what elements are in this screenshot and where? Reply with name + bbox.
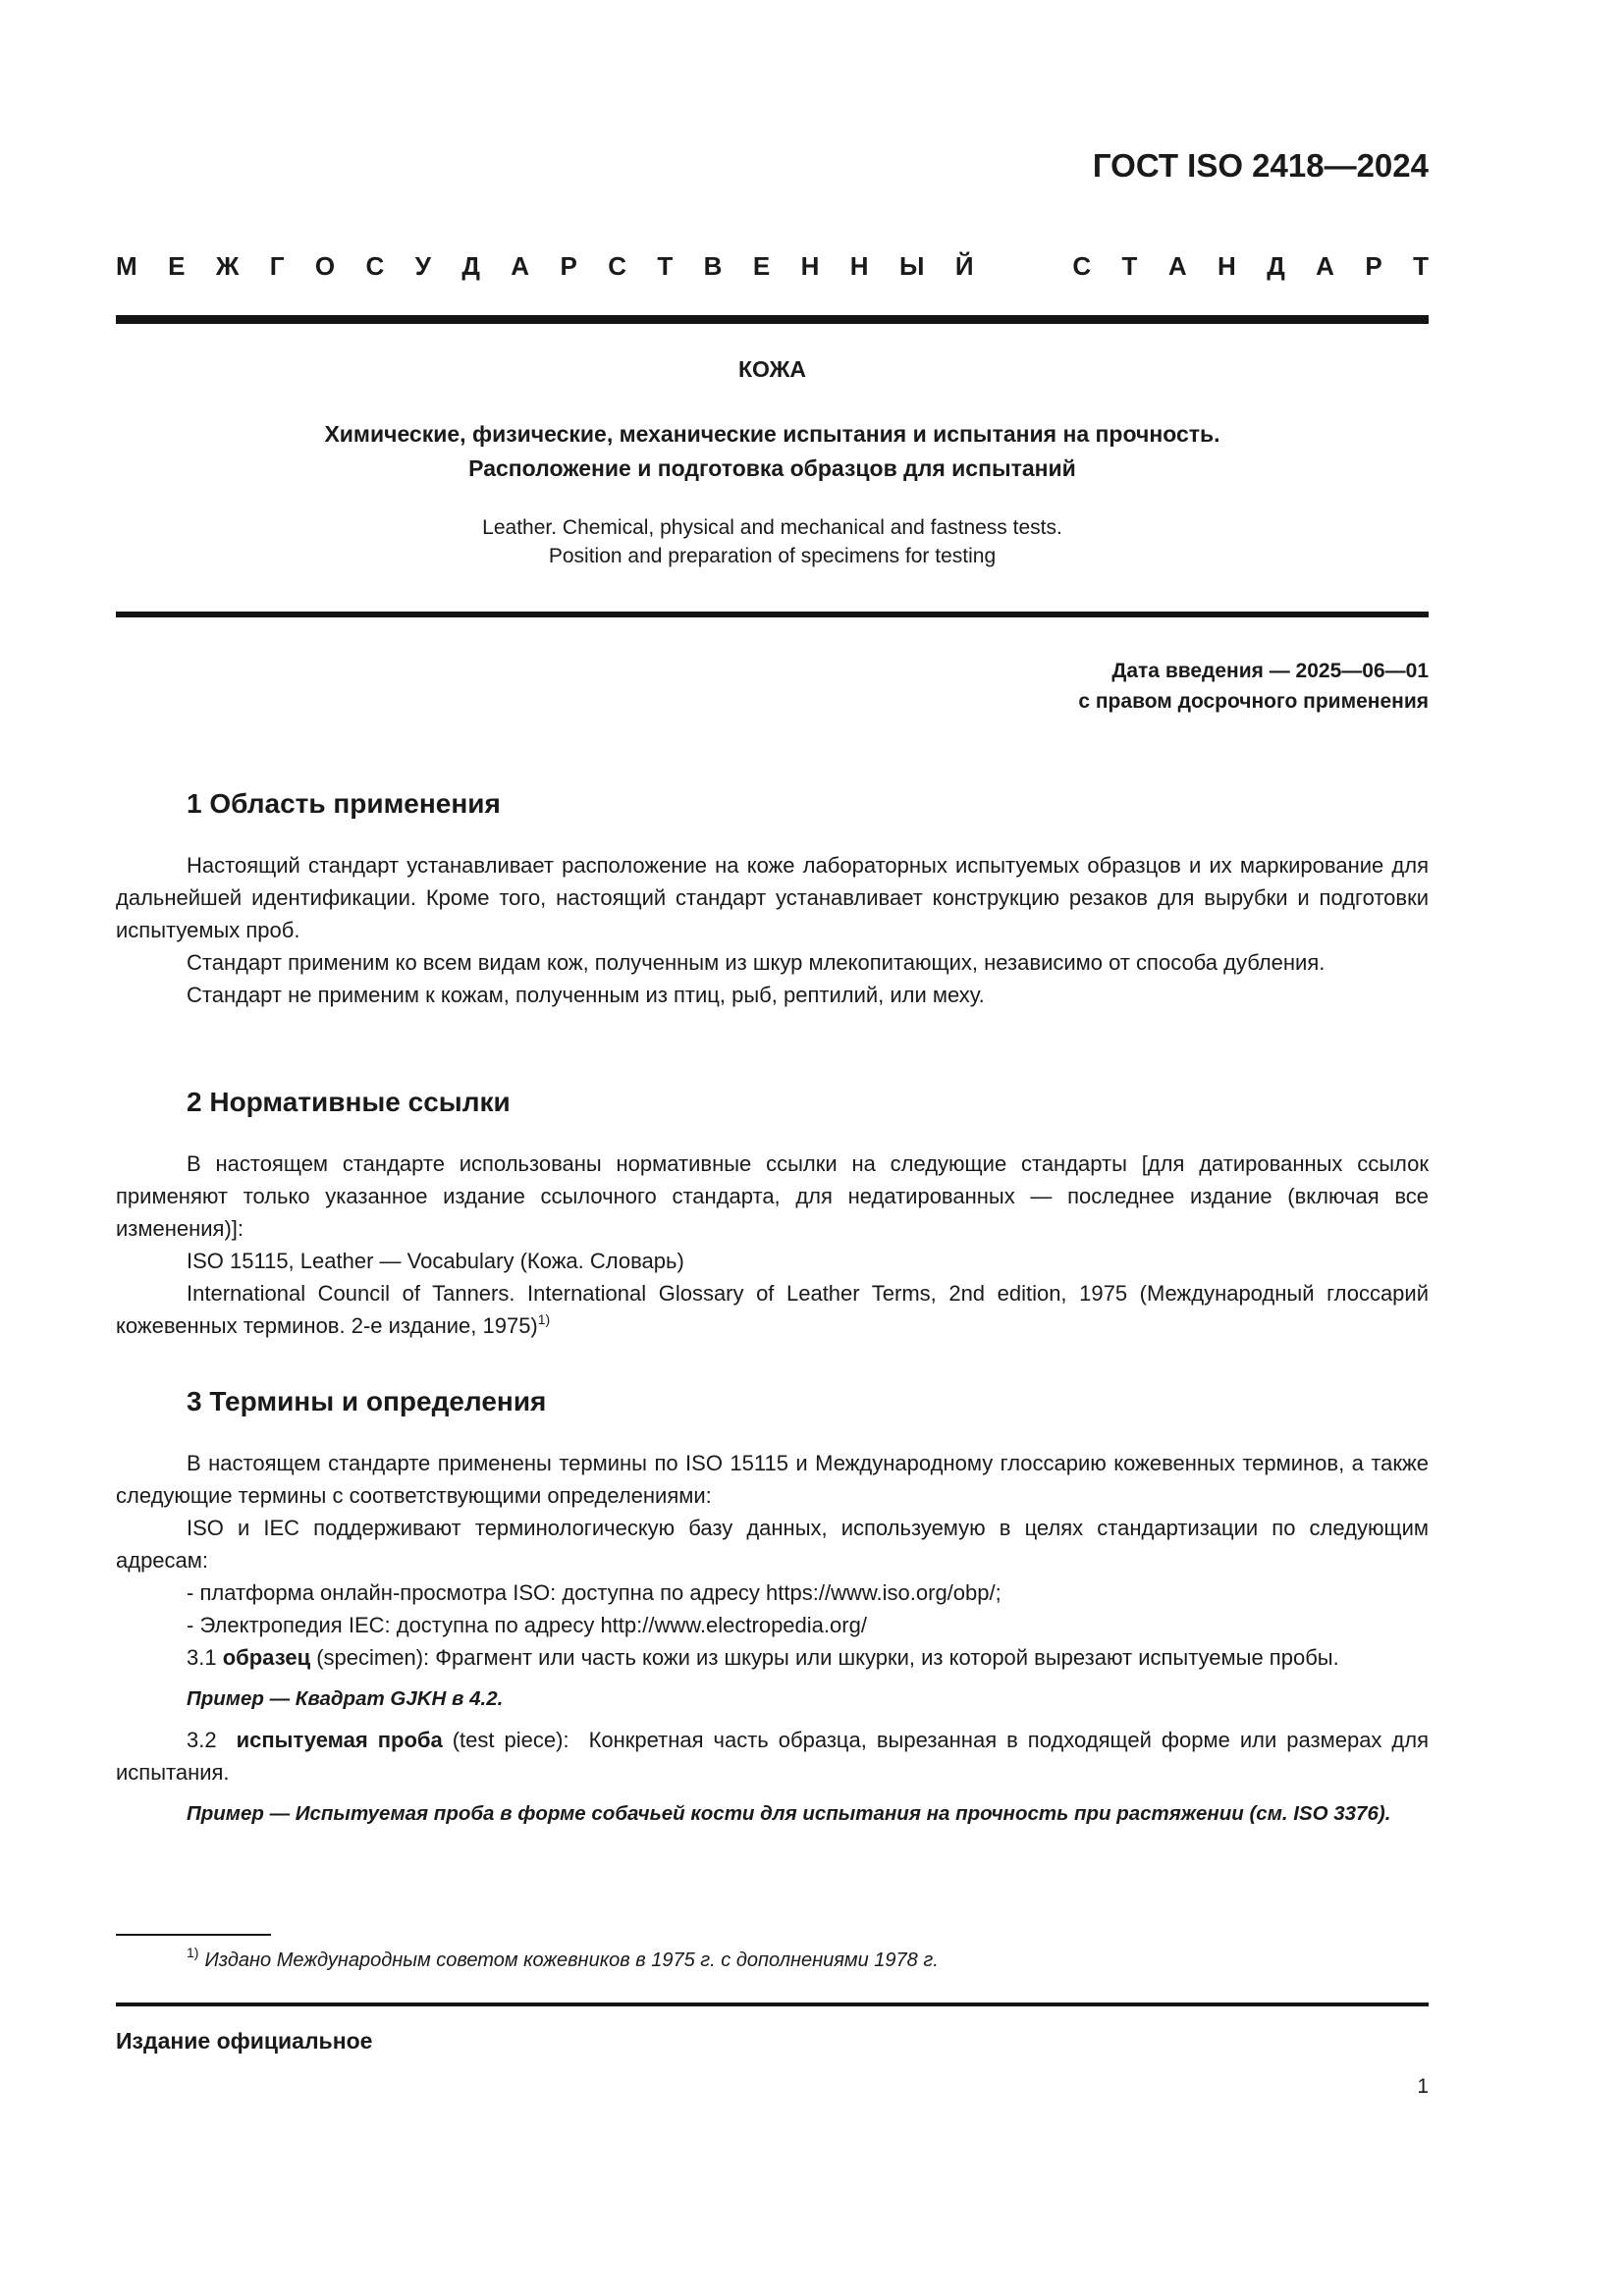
paragraph: Стандарт не применим к кожам, полученным… — [116, 979, 1429, 1011]
section-normative-references: 2 Нормативные ссылки В настоящем стандар… — [116, 1086, 1429, 1342]
introduction-date-block: Дата введения — 2025—06—01 с правом доср… — [1078, 656, 1429, 717]
heading-letter: Р — [560, 251, 576, 281]
heading-letter: Е — [753, 251, 770, 281]
russian-title-line-2: Расположение и подготовка образцов для и… — [116, 452, 1429, 486]
heading-letter: А — [511, 251, 529, 281]
bottom-rule — [116, 2002, 1429, 2006]
heading-letter: Т — [1122, 251, 1138, 281]
heading-letter: Й — [955, 251, 974, 281]
term-english: (specimen): — [316, 1645, 429, 1670]
heading-letter: О — [315, 251, 335, 281]
standard-type-heading: МЕЖГОСУДАРСТВЕННЫЙСТАНДАРТ — [116, 251, 1429, 281]
reference-item: ISO 15115, Leather — Vocabulary (Кожа. С… — [116, 1245, 1429, 1277]
term-number: 3.2 — [187, 1728, 217, 1752]
footnote: 1)Издано Международным советом кожевнико… — [187, 1947, 939, 1974]
english-title-line-1: Leather. Chemical, physical and mechanic… — [116, 513, 1429, 542]
paragraph: В настоящем стандарте использованы норма… — [116, 1148, 1429, 1245]
heading-letter: Т — [1413, 251, 1429, 281]
section-scope: 1 Область применения Настоящий стандарт … — [116, 787, 1429, 1011]
heading-letter: Н — [801, 251, 820, 281]
term-name: образец — [223, 1645, 310, 1670]
heading-letter: Н — [850, 251, 869, 281]
paragraph: Стандарт применим ко всем видам кож, пол… — [116, 946, 1429, 979]
paragraph: ISO и IEC поддерживают терминологическую… — [116, 1512, 1429, 1576]
heading-letter: Д — [1267, 251, 1285, 281]
term-example: Пример — Квадрат GJKH в 4.2. — [116, 1683, 1429, 1714]
paragraph: Настоящий стандарт устанавливает располо… — [116, 849, 1429, 946]
english-title-line-2: Position and preparation of specimens fo… — [116, 542, 1429, 570]
heading-letter: Ж — [216, 251, 240, 281]
heading-letter: Р — [1365, 251, 1381, 281]
subject-title: КОЖА — [116, 355, 1429, 383]
heading-letter: В — [704, 251, 723, 281]
term-example: Пример — Испытуемая проба в форме собачь… — [116, 1798, 1429, 1829]
term-name: испытуемая проба — [237, 1728, 443, 1752]
section-heading: 2 Нормативные ссылки — [116, 1086, 1429, 1119]
list-item: - Электропедия IEC: доступна по адресу h… — [116, 1609, 1429, 1641]
english-title: Leather. Chemical, physical and mechanic… — [116, 513, 1429, 570]
top-rule — [116, 315, 1429, 324]
title-rule — [116, 612, 1429, 617]
term-definition: Фрагмент или часть кожи из шкуры или шку… — [435, 1645, 1338, 1670]
paragraph: В настоящем стандарте применены термины … — [116, 1447, 1429, 1512]
heading-letter: С — [366, 251, 385, 281]
heading-letter: Н — [1218, 251, 1236, 281]
page-number: 1 — [1417, 2075, 1429, 2099]
heading-letter: М — [116, 251, 137, 281]
heading-letter: Д — [461, 251, 480, 281]
list-item: - платформа онлайн-просмотра ISO: доступ… — [116, 1576, 1429, 1609]
russian-title-line-1: Химические, физические, механические исп… — [116, 417, 1429, 452]
russian-title: Химические, физические, механические исп… — [116, 417, 1429, 486]
term-number: 3.1 — [187, 1645, 217, 1670]
footnote-separator — [116, 1934, 271, 1936]
footnote-marker: 1) — [187, 1945, 198, 1960]
heading-letter: У — [415, 251, 431, 281]
footnote-text: Издано Международным советом кожевников … — [204, 1949, 938, 1971]
heading-letter: С — [608, 251, 626, 281]
heading-letter: Т — [657, 251, 673, 281]
term-entry: 3.1 образец (specimen): Фрагмент или час… — [116, 1641, 1429, 1674]
section-heading: 3 Термины и определения — [116, 1385, 1429, 1418]
introduction-date: Дата введения — 2025—06—01 — [1078, 656, 1429, 686]
heading-letter: А — [1316, 251, 1334, 281]
term-entry: 3.2 испытуемая проба (test piece): Конкр… — [116, 1724, 1429, 1789]
term-english: (test piece): — [453, 1728, 569, 1752]
section-terms-definitions: 3 Термины и определения В настоящем стан… — [116, 1385, 1429, 1829]
heading-letter: Ы — [899, 251, 924, 281]
section-heading: 1 Область применения — [116, 787, 1429, 821]
heading-letter: А — [1168, 251, 1187, 281]
early-application-note: с правом досрочного применения — [1078, 686, 1429, 717]
document-code: ГОСТ ISO 2418—2024 — [1093, 147, 1429, 185]
heading-letter: Г — [270, 251, 285, 281]
heading-letter: С — [1072, 251, 1091, 281]
heading-letter: Е — [168, 251, 185, 281]
footnote-reference[interactable]: 1) — [538, 1311, 550, 1327]
reference-item: International Council of Tanners. Intern… — [116, 1277, 1429, 1342]
official-edition-label: Издание официальное — [116, 2028, 372, 2055]
